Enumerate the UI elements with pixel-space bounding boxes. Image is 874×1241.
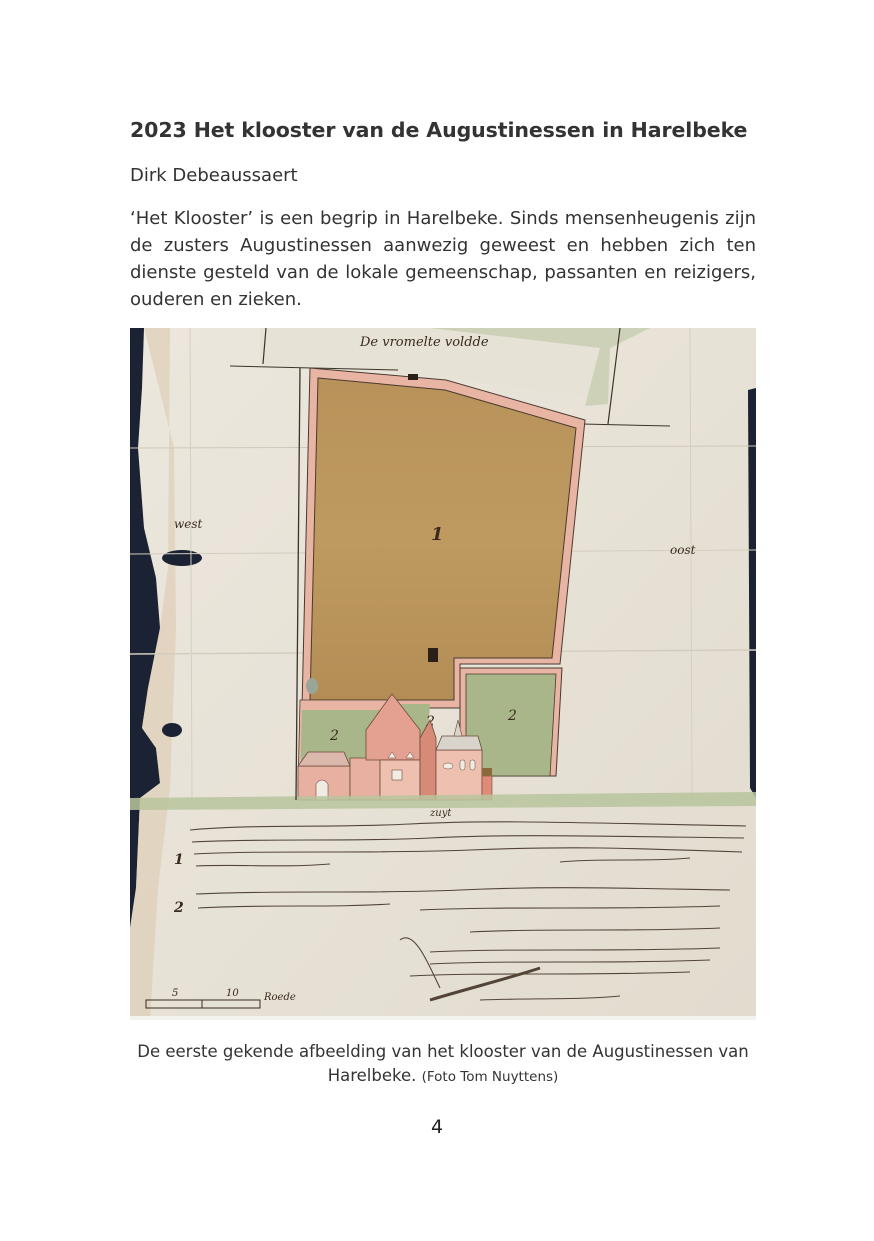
scale-label-5: 5 [172,988,178,999]
map-label-plot-1: 1 [431,524,444,545]
legend-number-1: 1 [174,852,184,868]
map-label-west: west [174,517,203,531]
document-page: 2023 Het klooster van de Augustinessen i… [0,0,874,1241]
map-label-south: zuyt [429,808,452,819]
map-label-plot-2-right: 2 [507,708,517,724]
map-label-plot-2-left: 2 [329,728,339,744]
scale-unit-label: Roede [263,992,296,1003]
intro-paragraph: ‘Het Klooster’ is een begrip in Harelbek… [130,205,756,313]
page-number: 4 [0,1116,874,1138]
map-label-top-street: De vromelte voldde [359,335,489,350]
scale-label-10: 10 [226,988,239,999]
author-name: Dirk Debeaussaert [130,165,298,186]
photo-credit: (Foto Tom Nuyttens) [422,1069,559,1085]
map-illustration: De vromelte voldde 1 2 2 2 [130,328,756,1020]
map-label-east: oost [670,543,696,557]
figure-caption: De eerste gekende afbeelding van het klo… [124,1040,762,1089]
legend-number-2: 2 [173,900,184,916]
historical-map-figure: De vromelte voldde 1 2 2 2 [130,328,756,1020]
page-title: 2023 Het klooster van de Augustinessen i… [130,118,770,142]
